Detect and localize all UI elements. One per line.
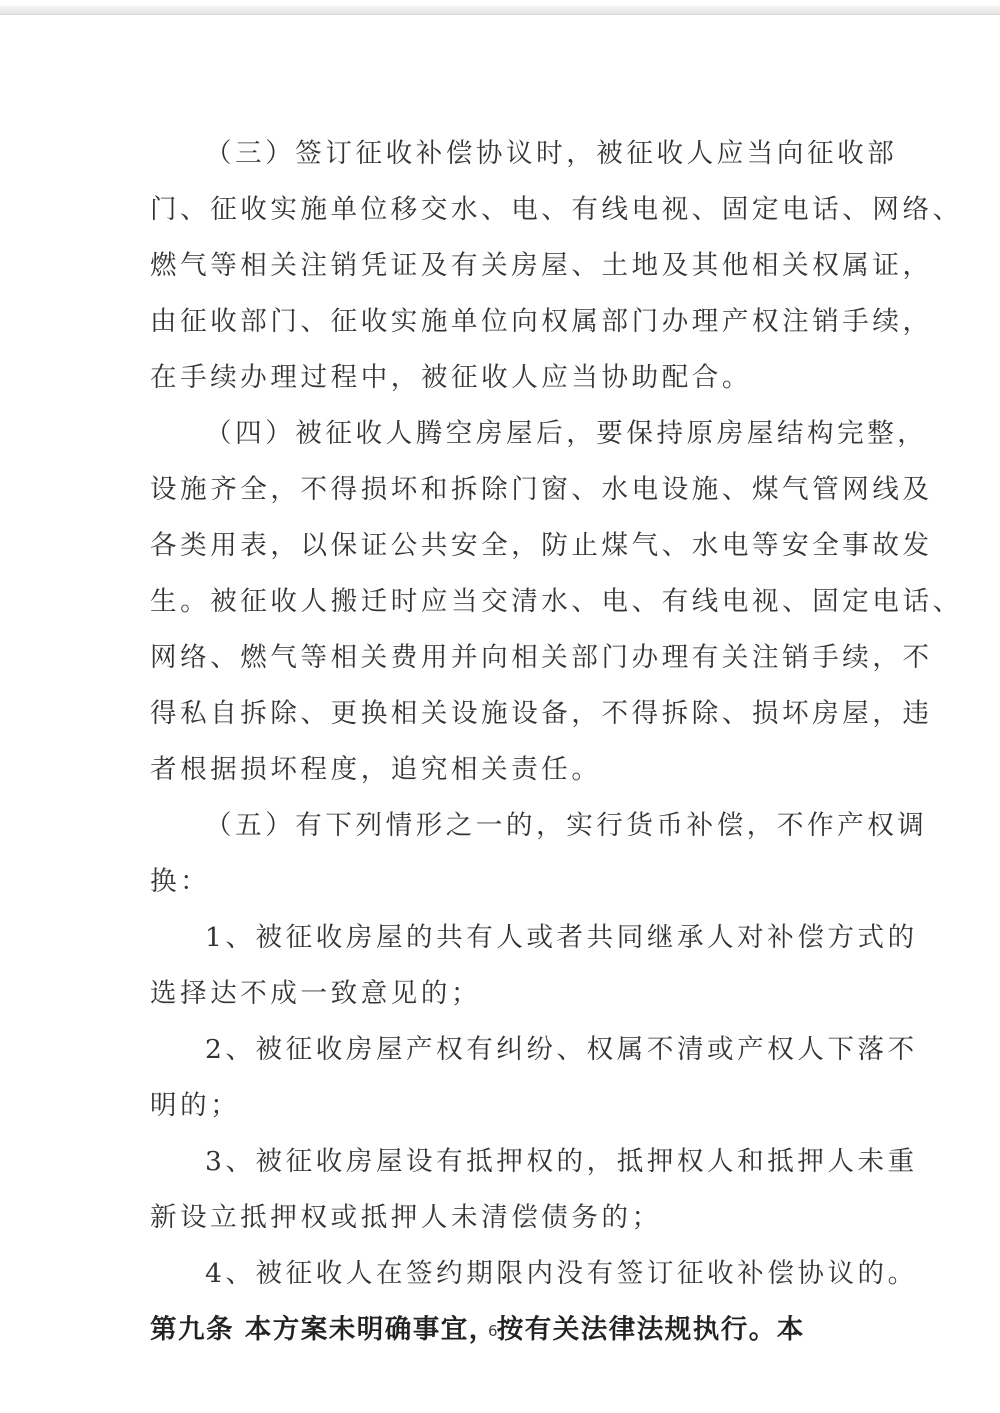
- paragraph-item-3-line-4: 由征收部门、征收实施单位向权属部门办理产权注销手续，: [150, 302, 933, 342]
- paragraph-item-5-1-line-2: 选择达不成一致意见的；: [150, 974, 481, 1014]
- paragraph-item-3-line-3: 燃气等相关注销凭证及有关房屋、土地及其他相关权属证，: [150, 246, 933, 286]
- paragraph-item-4-line-6: 得私自拆除、更换相关设施设备，不得拆除、损坏房屋，违: [150, 694, 933, 734]
- paragraph-item-5-2-line-1: 2、被征收房屋产权有纠纷、权属不清或产权人下落不: [205, 1030, 918, 1070]
- paragraph-item-4-line-4: 生。被征收人搬迁时应当交清水、电、有线电视、固定电话、: [150, 582, 963, 622]
- paragraph-item-5-line-1: （五）有下列情形之一的，实行货币补偿，不作产权调: [205, 806, 927, 846]
- paragraph-item-5-3-line-1: 3、被征收房屋设有抵押权的，抵押权人和抵押人未重: [205, 1142, 918, 1182]
- paragraph-item-5-4-line-1: 4、被征收人在签约期限内没有签订征收补偿协议的。: [205, 1254, 918, 1294]
- paragraph-item-4-line-2: 设施齐全，不得损坏和拆除门窗、水电设施、煤气管网线及: [150, 470, 933, 510]
- paragraph-item-4-line-7: 者根据损坏程度，追究相关责任。: [150, 750, 602, 790]
- paragraph-item-3-line-5: 在手续办理过程中，被征收人应当协助配合。: [150, 358, 752, 398]
- paragraph-item-3-line-2: 门、征收实施单位移交水、电、有线电视、固定电话、网络、: [150, 190, 963, 230]
- paragraph-item-4-line-1: （四）被征收人腾空房屋后，要保持原房屋结构完整，: [205, 414, 927, 454]
- scan-top-edge: [0, 6, 1000, 15]
- paragraph-item-5-3-line-2: 新设立抵押权或抵押人未清偿债务的；: [150, 1198, 662, 1238]
- paragraph-item-3-line-1: （三）签订征收补偿协议时，被征收人应当向征收部: [205, 134, 897, 174]
- paragraph-item-5-2-line-2: 明的；: [150, 1086, 240, 1126]
- paragraph-item-5-1-line-1: 1、被征收房屋的共有人或者共同继承人对补偿方式的: [205, 918, 918, 958]
- article-9-heading-line: 第九条 本方案未明确事宜，按有关法律法规执行。本: [150, 1310, 805, 1350]
- paragraph-item-4-line-5: 网络、燃气等相关费用并向相关部门办理有关注销手续，不: [150, 638, 933, 678]
- paragraph-item-4-line-3: 各类用表，以保证公共安全，防止煤气、水电等安全事故发: [150, 526, 933, 566]
- page-number: 6: [488, 1322, 498, 1340]
- paragraph-item-5-line-2: 换：: [150, 862, 210, 902]
